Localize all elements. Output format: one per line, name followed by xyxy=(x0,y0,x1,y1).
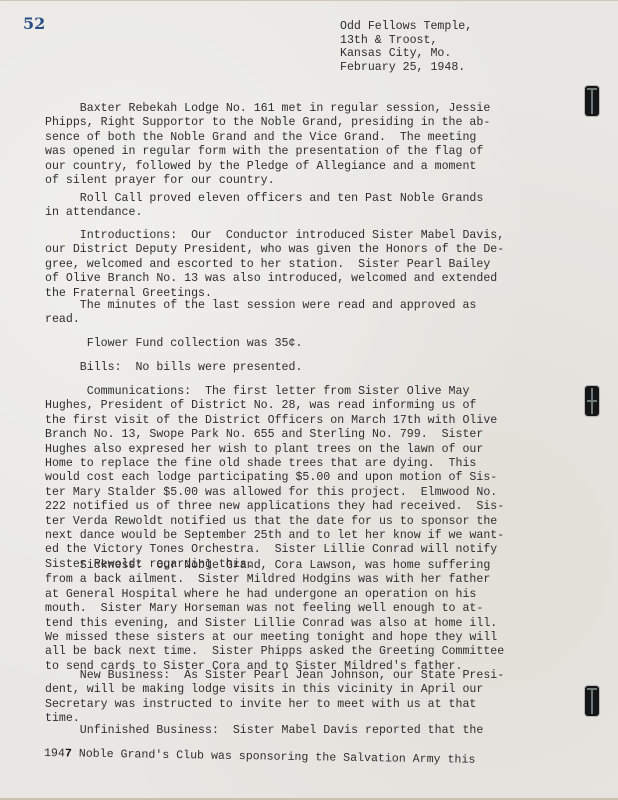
paragraph-introductions: Introductions: Our Conductor introduced … xyxy=(45,229,504,301)
text-line: We missed these sisters at our meeting t… xyxy=(45,631,497,644)
text-line: our country, followed by the Pledge of A… xyxy=(45,160,476,173)
letterhead-address: Odd Fellows Temple, 13th & Troost, Kansa… xyxy=(340,20,472,74)
page-number: 52 xyxy=(23,14,45,33)
text-line: next dance would be September 25th and t… xyxy=(45,529,504,542)
text-line: read. xyxy=(45,313,80,326)
binder-clip-bottom xyxy=(585,686,599,716)
text-line: The minutes of the last session were rea… xyxy=(45,299,476,312)
paragraph-unfinished-business: Unfinished Business: Sister Mabel Davis … xyxy=(45,724,483,738)
text-line: the first visit of the District Officers… xyxy=(45,414,497,427)
binder-clip-top xyxy=(585,86,599,116)
paragraph-bills: Bills: No bills were presented. xyxy=(45,361,302,375)
text-line: tend this evening, and Sister Lillie Con… xyxy=(45,617,497,630)
text-line: would cost each lodge participating $5.0… xyxy=(45,471,497,484)
year-prefix: 194 xyxy=(44,747,65,760)
text-line: from a back ailment. Sister Mildred Hodg… xyxy=(45,573,490,586)
paragraph-flower-fund: Flower Fund collection was 35¢. xyxy=(45,337,302,351)
text-line: Secretary was instructed to invite her t… xyxy=(45,698,476,711)
paragraph-opening: Baxter Rebekah Lodge No. 161 met in regu… xyxy=(45,102,490,188)
text-line: Branch No. 13, Swope Park No. 655 and St… xyxy=(45,428,483,441)
paragraph-sickness: Sickness: Our Noble Grand, Cora Lawson, … xyxy=(45,559,504,674)
text-line: Baxter Rebekah Lodge No. 161 met in regu… xyxy=(45,102,490,115)
text-line: at General Hospital where he had undergo… xyxy=(45,588,476,601)
text-line: Communications: The first letter from Si… xyxy=(45,385,469,398)
document-page: 52 Odd Fellows Temple, 13th & Troost, Ka… xyxy=(0,0,618,800)
text-line: Unfinished Business: Sister Mabel Davis … xyxy=(45,724,483,737)
paragraph-communications: Communications: The first letter from Si… xyxy=(45,385,504,572)
text-line: New Business: As Sister Pearl Jean Johns… xyxy=(45,669,504,682)
text-line: ed the Victory Tones Orchestra. Sister L… xyxy=(45,543,497,556)
binder-clip-middle xyxy=(585,386,599,416)
text-line: Home to replace the fine old shade trees… xyxy=(45,457,476,470)
text-line: in attendance. xyxy=(45,206,142,219)
text-line: sence of both the Noble Grand and the Vi… xyxy=(45,131,476,144)
text-line: our District Deputy President, who was g… xyxy=(45,243,504,256)
text-line: of Olive Branch No. 13 was also introduc… xyxy=(45,272,497,285)
address-line-2: 13th & Troost, xyxy=(340,34,437,47)
paragraph-roll-call: Roll Call proved eleven officers and ten… xyxy=(45,192,483,221)
text-line: all be back next time. Sister Phipps ask… xyxy=(45,645,504,658)
text-line: Hughes also expresed her wish to plant t… xyxy=(45,443,483,456)
text-line: Introductions: Our Conductor introduced … xyxy=(45,229,504,242)
text-line: ter Mary Stalder $5.00 was allowed for t… xyxy=(45,486,497,499)
text-line: Bills: No bills were presented. xyxy=(45,361,302,374)
last-line-continuation: 1947 Noble Grand's Club was sponsoring t… xyxy=(44,747,476,768)
text-line: gree, welcomed and escorted to her stati… xyxy=(45,258,490,271)
text-line: was opened in regular form with the pres… xyxy=(45,145,483,158)
text-line: Flower Fund collection was 35¢. xyxy=(45,337,302,350)
text-line: mouth. Sister Mary Horseman was not feel… xyxy=(45,602,483,615)
text-line: the Fraternal Greetings. xyxy=(45,287,212,300)
last-line-text: Noble Grand's Club was sponsoring the Sa… xyxy=(72,747,476,766)
text-line: dent, will be making lodge visits in thi… xyxy=(45,683,483,696)
address-line-1: Odd Fellows Temple, xyxy=(340,20,472,33)
text-line: Sickness: Our Noble Grand, Cora Lawson, … xyxy=(45,559,490,572)
text-line: Roll Call proved eleven officers and ten… xyxy=(45,192,483,205)
paragraph-minutes: The minutes of the last session were rea… xyxy=(45,299,476,328)
address-line-3: Kansas City, Mo. xyxy=(340,47,451,60)
text-line: Hughes, President of District No. 28, wa… xyxy=(45,399,476,412)
text-line: 222 notified us of three new application… xyxy=(45,500,504,513)
text-line: Phipps, Right Supportor to the Noble Gra… xyxy=(45,116,490,129)
letter-date: February 25, 1948. xyxy=(340,61,465,74)
text-line: ter Verda Rewoldt notified us that the d… xyxy=(45,515,497,528)
text-line: of silent prayer for our country. xyxy=(45,174,275,187)
paragraph-new-business: New Business: As Sister Pearl Jean Johns… xyxy=(45,669,504,727)
